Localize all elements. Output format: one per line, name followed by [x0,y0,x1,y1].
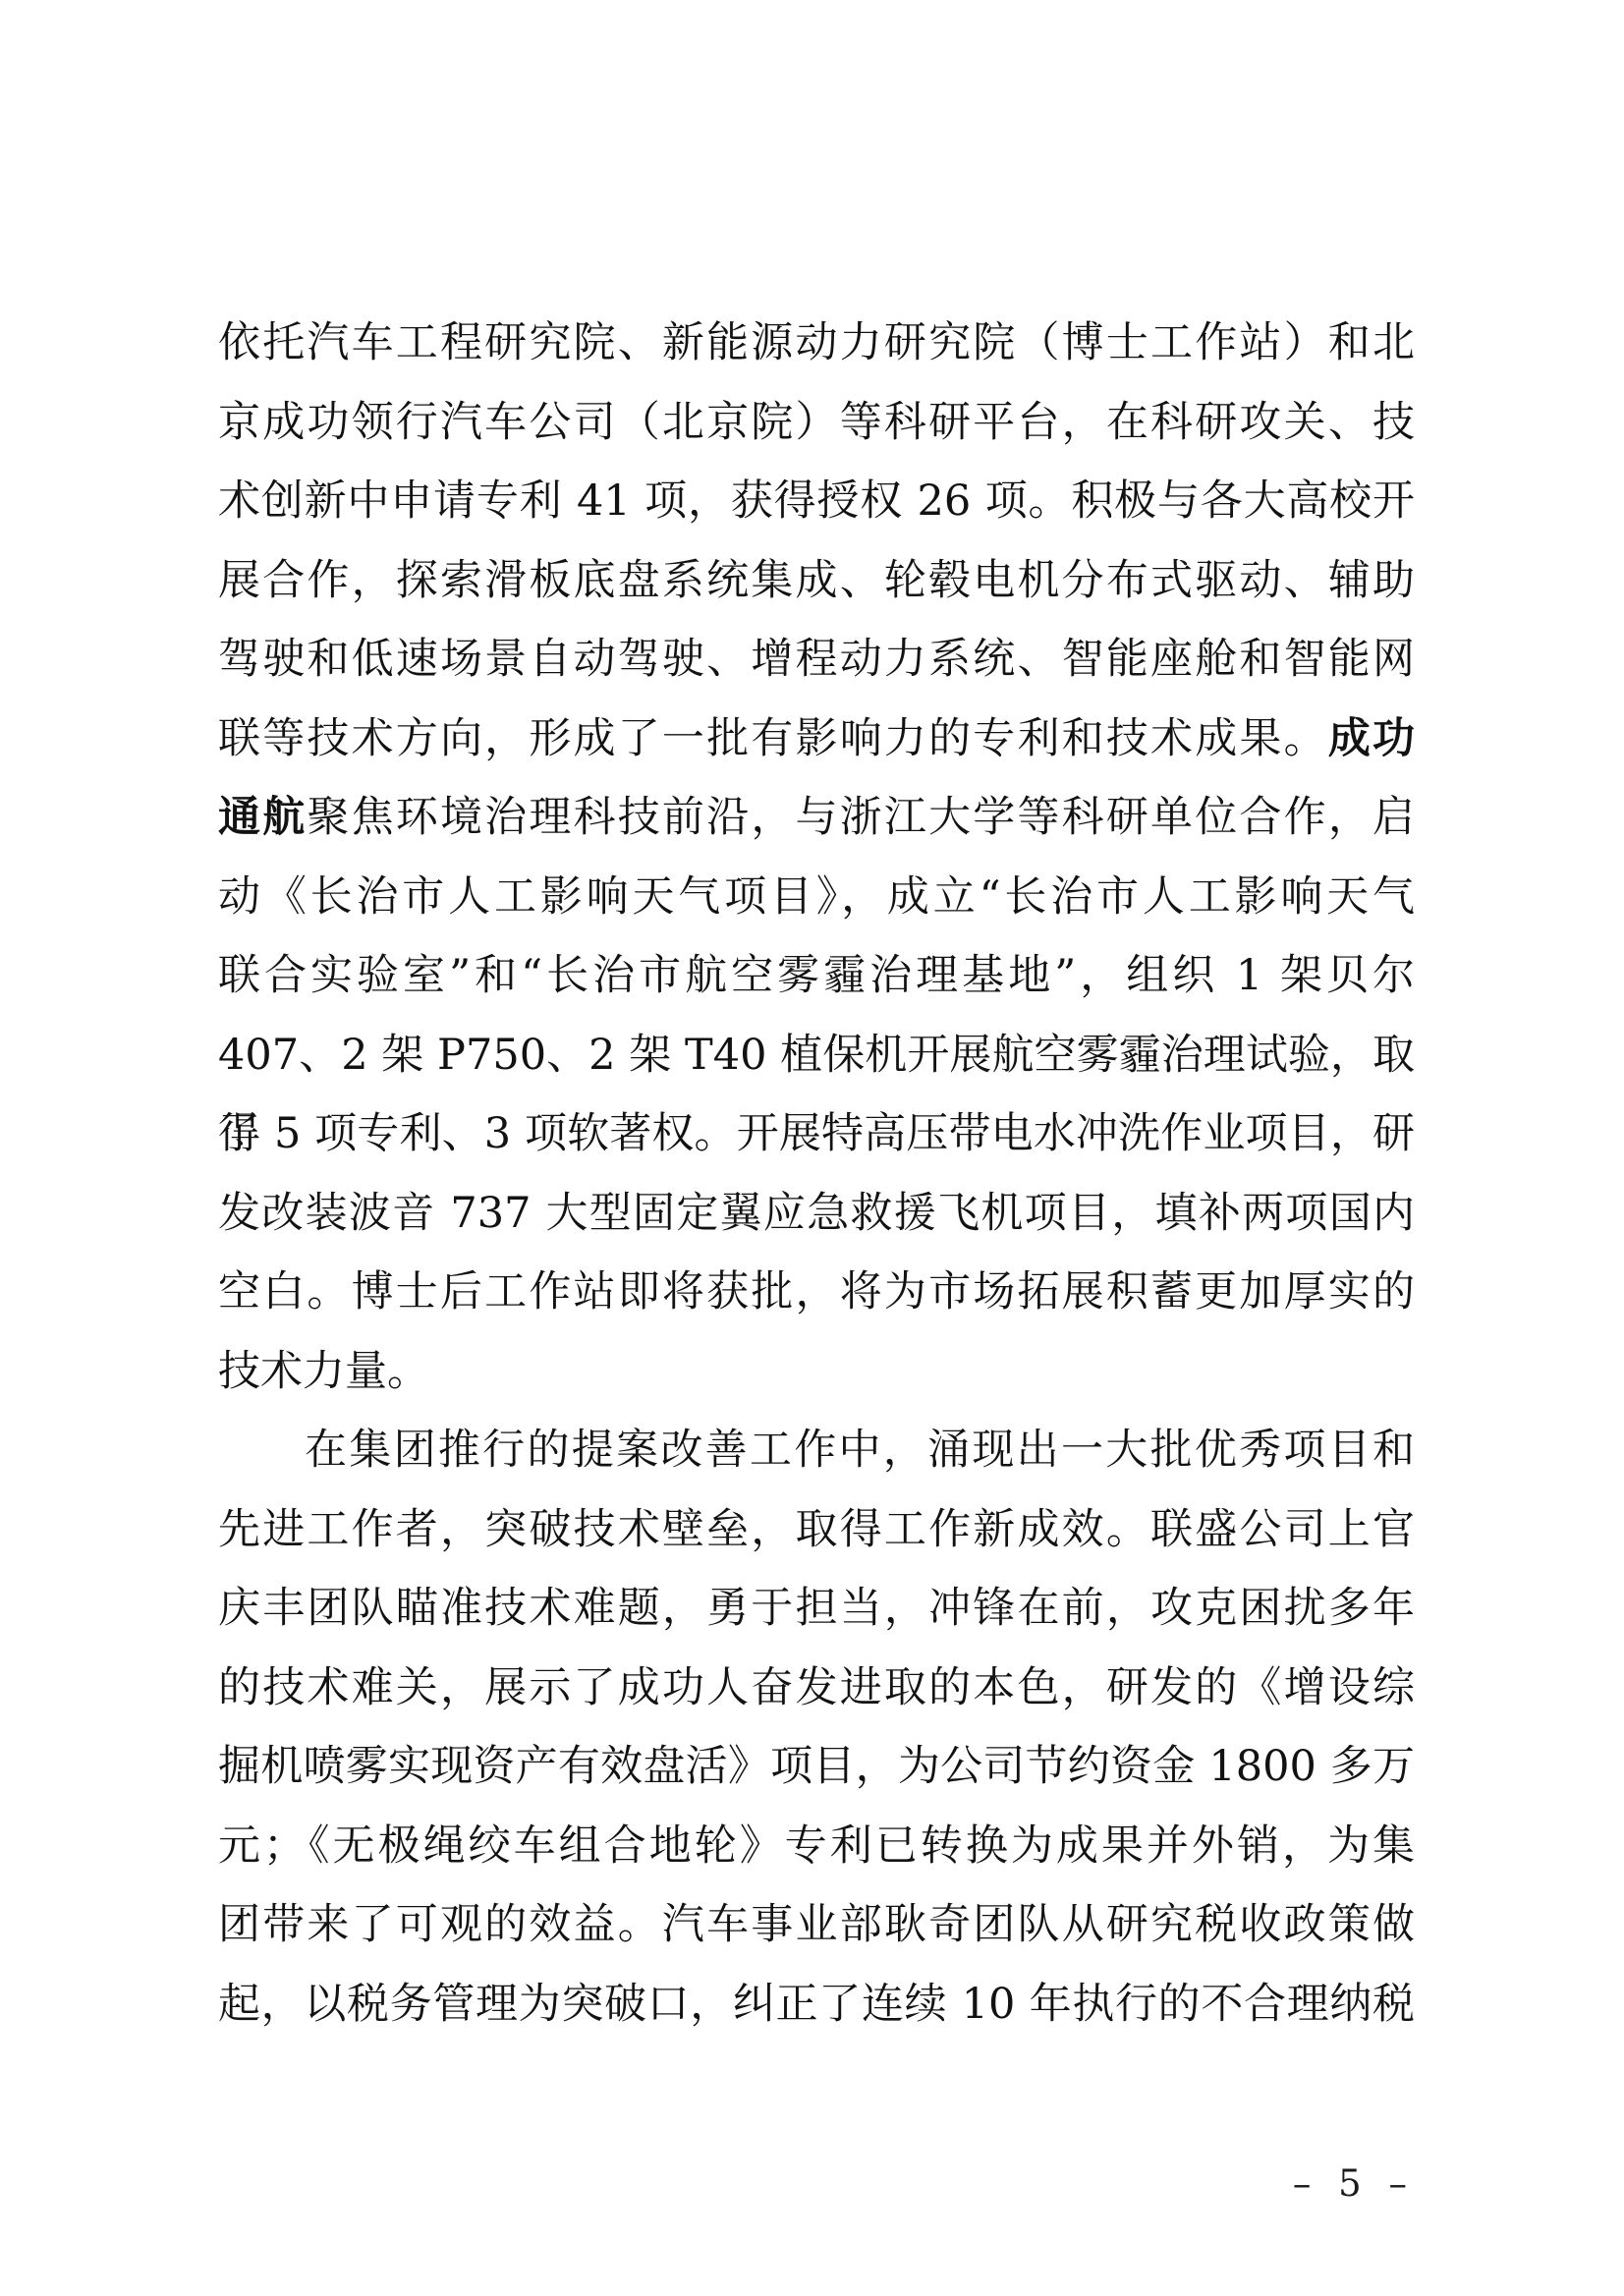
text-line: 展合作，探索滑板底盘系统集成、轮毂电机分布式驱动、辅助 [218,541,1415,621]
text-segment: 依托汽车工程研究院、新能源动力研究院（博士工作站）和北 [218,318,1415,367]
text-segment: 聚焦环境治理科技前沿，与浙江大学等科研单位合作，启 [307,793,1415,842]
text-segment: 的技术难关，展示了成功人奋发进取的本色，研发的《增设综 [218,1663,1415,1712]
text-line: 起，以税务管理为突破口，纠正了连续 10 年执行的不合理纳税 [218,1965,1415,2044]
text-segment: 起，以税务管理为突破口，纠正了连续 10 年执行的不合理纳税 [218,1980,1415,2029]
text-segment: 庆丰团队瞄准技术难题，勇于担当，冲锋在前，攻克困扰多年 [218,1584,1415,1633]
text-line: 庆丰团队瞄准技术难题，勇于担当，冲锋在前，攻克困扰多年 [218,1569,1415,1649]
text-line: 术创新中申请专利 41 项，获得授权 26 项。积极与各大高校开 [218,462,1415,541]
text-line: 依托汽车工程研究院、新能源动力研究院（博士工作站）和北 [218,304,1415,383]
text-segment: 技术力量。 [218,1347,429,1396]
text-segment: 元；《无极绳绞车组合地轮》专利已转换为成果并外销，为集 [218,1821,1415,1871]
text-line: 元；《无极绳绞车组合地轮》专利已转换为成果并外销，为集 [218,1807,1415,1886]
text-segment: 驾驶和低速场景自动驾驶、增程动力系统、智能座舱和智能网 [218,635,1415,684]
text-line: 京成功领行汽车公司（北京院）等科研平台，在科研攻关、技 [218,383,1415,463]
document-page: 依托汽车工程研究院、新能源动力研究院（博士工作站）和北京成功领行汽车公司（北京院… [0,0,1624,2296]
text-line: 驾驶和低速场景自动驾驶、增程动力系统、智能座舱和智能网 [218,620,1415,700]
text-segment: 京成功领行汽车公司（北京院）等科研平台，在科研攻关、技 [218,398,1415,447]
text-line: 联等技术方向，形成了一批有影响力的专利和技术成果。成功 [218,700,1415,779]
text-segment: 发改装波音 737 大型固定翼应急救援飞机项目，填补两项国内 [218,1189,1415,1238]
text-line: 空白。博士后工作站即将获批，将为市场拓展积蓄更加厚实的 [218,1253,1415,1332]
text-line: 发改装波音 737 大型固定翼应急救援飞机项目，填补两项国内 [218,1174,1415,1254]
text-line: 的技术难关，展示了成功人奋发进取的本色，研发的《增设综 [218,1649,1415,1728]
text-line: 联合实验室”和“长治市航空雾霾治理基地”，组织 1 架贝尔 [218,936,1415,1016]
text-line: 了 5 项专利、3 项软著权。开展特高压带电水冲洗作业项目，研 [218,1094,1415,1174]
text-line: 通航聚焦环境治理科技前沿，与浙江大学等科研单位合作，启 [218,778,1415,858]
text-segment: 了 5 项专利、3 项软著权。开展特高压带电水冲洗作业项目，研 [218,1109,1415,1158]
text-line: 团带来了可观的效益。汽车事业部耿奇团队从研究税收政策做 [218,1885,1415,1965]
text-segment: 在集团推行的提案改善工作中，涌现出一大批优秀项目和 [305,1426,1415,1475]
text-segment: 空白。博士后工作站即将获批，将为市场拓展积蓄更加厚实的 [218,1267,1415,1316]
text-line: 掘机喷雾实现资产有效盘活》项目，为公司节约资金 1800 多万 [218,1727,1415,1807]
text-segment: 掘机喷雾实现资产有效盘活》项目，为公司节约资金 1800 多万 [218,1742,1415,1791]
text-segment: 先进工作者，突破技术壁垒，取得工作新成效。联盛公司上官 [218,1505,1415,1554]
text-line: 先进工作者，突破技术壁垒，取得工作新成效。联盛公司上官 [218,1490,1415,1570]
text-segment: 联等技术方向，形成了一批有影响力的专利和技术成果。 [218,714,1328,763]
text-segment: 展合作，探索滑板底盘系统集成、轮毂电机分布式驱动、辅助 [218,556,1415,605]
document-body: 依托汽车工程研究院、新能源动力研究院（博士工作站）和北京成功领行汽车公司（北京院… [218,304,1415,2044]
text-line: 动《长治市人工影响天气项目》，成立“长治市人工影响天气 [218,858,1415,937]
text-segment: 联合实验室”和“长治市航空雾霾治理基地”，组织 1 架贝尔 [218,951,1415,1000]
text-line: 在集团推行的提案改善工作中，涌现出一大批优秀项目和 [218,1411,1415,1490]
text-line: 407、2 架 P750、2 架 T40 植保机开展航空雾霾治理试验，取得 [218,1016,1415,1095]
text-segment: 动《长治市人工影响天气项目》，成立“长治市人工影响天气 [218,872,1415,922]
emphasis-text: 通航 [218,793,307,842]
text-segment: 术创新中申请专利 41 项，获得授权 26 项。积极与各大高校开 [218,476,1415,526]
page-number: – 5 – [1293,2159,1415,2209]
text-segment: 团带来了可观的效益。汽车事业部耿奇团队从研究税收政策做 [218,1900,1415,1949]
text-line: 技术力量。 [218,1332,1415,1412]
emphasis-text: 成功 [1328,714,1415,763]
